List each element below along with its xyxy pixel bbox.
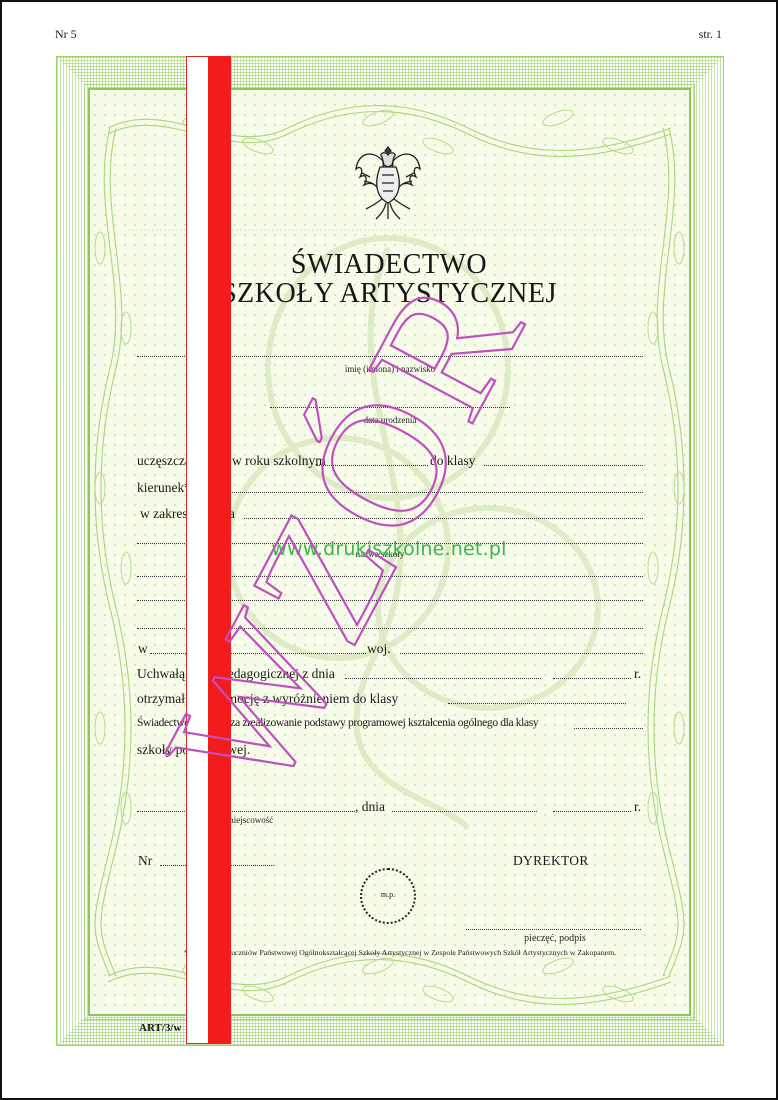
direction-field[interactable] bbox=[200, 492, 643, 493]
birth-date-label: data urodzenia bbox=[330, 415, 450, 425]
date-label: , dnia bbox=[355, 799, 385, 815]
signature-field[interactable] bbox=[466, 929, 641, 930]
form-number: Nr 5 bbox=[55, 27, 77, 42]
director-label: DYREKTOR bbox=[513, 853, 589, 869]
resolution-label: Uchwałą Rady Pedagogicznej z dnia bbox=[137, 666, 335, 682]
birth-date-field[interactable] bbox=[270, 407, 510, 408]
school-year-label: w roku szkolnym bbox=[232, 453, 326, 469]
promotion-class-field[interactable] bbox=[448, 703, 626, 704]
certificate-title-line2: SZKOŁY ARTYSTYCZNEJ bbox=[0, 278, 778, 310]
class-field[interactable] bbox=[484, 465, 643, 466]
instrument-field[interactable] bbox=[244, 518, 643, 519]
place-field[interactable] bbox=[137, 811, 355, 812]
in-label: w bbox=[138, 641, 148, 657]
promotion-label: otrzymał...... promocję z wyróżnieniem d… bbox=[137, 691, 398, 707]
signature-label: pieczęć, podpis bbox=[500, 933, 610, 944]
page-number: str. 1 bbox=[699, 27, 722, 42]
voivodeship-label: woj. bbox=[367, 641, 391, 657]
class-label: do klasy bbox=[430, 453, 475, 469]
polish-eagle-icon bbox=[352, 143, 424, 223]
stamp-area: m.p. bbox=[360, 868, 416, 924]
form-code: ART/3/w bbox=[139, 1022, 181, 1034]
resolution-year-suffix: r. bbox=[634, 666, 641, 682]
school-year-field[interactable] bbox=[316, 465, 428, 466]
number-label: Nr bbox=[138, 853, 152, 869]
stamp-label: m.p. bbox=[362, 890, 414, 899]
certificate-title-line1: ŚWIADECTWO bbox=[0, 249, 778, 281]
direction-label: kierunek* bbox=[137, 480, 191, 496]
issue-year-field[interactable] bbox=[553, 811, 631, 812]
name-label: imię (imiona) i nazwisko bbox=[300, 364, 480, 374]
voivodeship-field[interactable] bbox=[400, 653, 643, 654]
confirmation-class-field[interactable] bbox=[574, 728, 643, 729]
resolution-year-field[interactable] bbox=[553, 678, 631, 679]
issue-year-suffix: r. bbox=[634, 799, 641, 815]
city-field[interactable] bbox=[150, 653, 366, 654]
watermark-url: www.drukiszkolne.net.pl bbox=[0, 538, 778, 560]
issue-date-field[interactable] bbox=[392, 811, 537, 812]
resolution-date-field[interactable] bbox=[345, 678, 541, 679]
